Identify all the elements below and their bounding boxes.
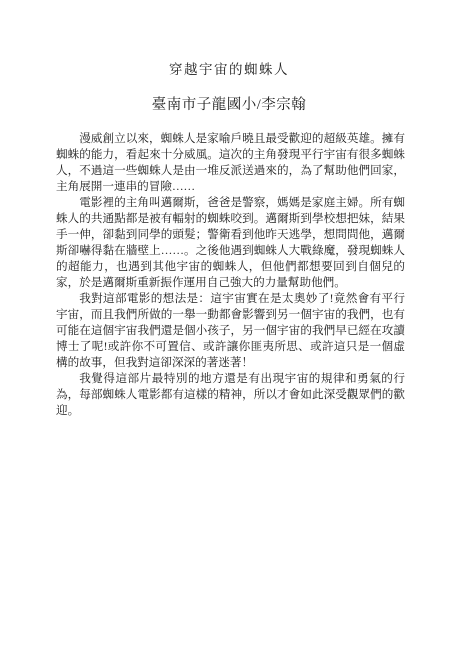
paragraph: 漫威創立以來，蜘蛛人是家喻戶曉且最受歡迎的超級英雄。擁有蜘蛛的能力，看起來十分威…: [56, 131, 405, 195]
essay-body: 漫威創立以來，蜘蛛人是家喻戶曉且最受歡迎的超級英雄。擁有蜘蛛的能力，看起來十分威…: [56, 131, 405, 419]
document-page: 穿越宇宙的蜘蛛人 臺南市子龍國小/李宗翰 漫威創立以來，蜘蛛人是家喻戶曉且最受歡…: [0, 0, 458, 648]
paragraph: 電影裡的主角叫邁爾斯，爸爸是警察，媽媽是家庭主婦。所有蜘蛛人的共通點都是被有輻射…: [56, 195, 405, 291]
paragraph: 我覺得這部片最特別的地方還是有出現宇宙的規律和勇氣的行為，每部蜘蛛人電影都有這樣…: [56, 371, 405, 419]
essay-title: 穿越宇宙的蜘蛛人: [0, 62, 458, 78]
paragraph: 我對這部電影的想法是：這宇宙實在是太奧妙了!竟然會有平行宇宙，而且我們所做的一舉…: [56, 291, 405, 371]
author-byline: 臺南市子龍國小/李宗翰: [0, 96, 458, 114]
